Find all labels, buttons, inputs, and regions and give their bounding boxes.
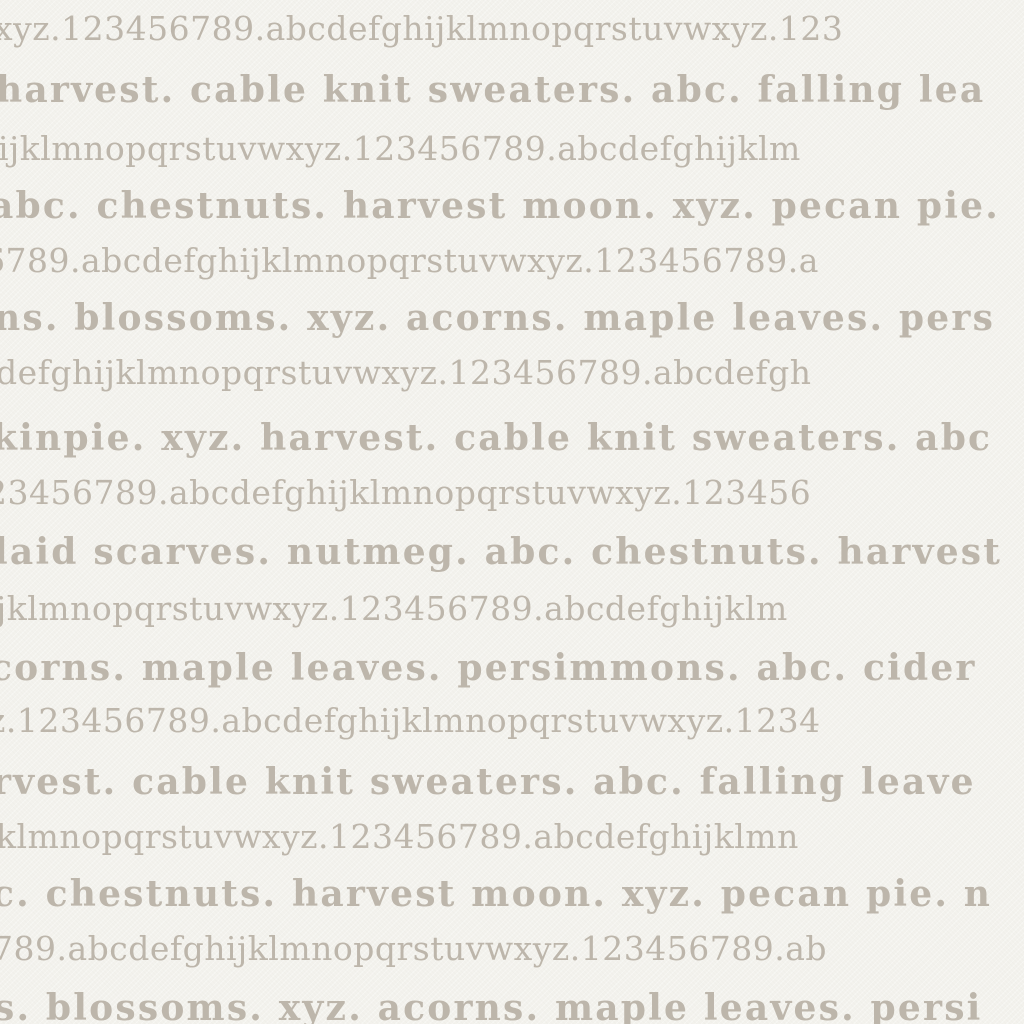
phrase-line: harvest. cable knit sweaters. abc. falli… [0, 72, 985, 108]
phrase-line: laid scarves. nutmeg. abc. chestnuts. ha… [0, 534, 1002, 570]
alphabet-line: 23456789.abcdefghijklmnopqrstuvwxyz.1234… [0, 476, 811, 509]
alphabet-line: 789.abcdefghijklmnopqrstuvwxyz.123456789… [0, 932, 827, 965]
fabric-print: xyz.123456789.abcdefghijklmnopqrstuvwxyz… [0, 0, 1024, 1024]
alphabet-line: defghijklmnopqrstuvwxyz.123456789.abcdef… [0, 356, 811, 389]
phrase-line: c. chestnuts. harvest moon. xyz. pecan p… [0, 876, 992, 912]
phrase-line: ns. blossoms. xyz. acorns. maple leaves.… [0, 300, 995, 336]
phrase-line: rvest. cable knit sweaters. abc. falling… [0, 764, 976, 800]
alphabet-line: 6789.abcdefghijklmnopqrstuvwxyz.12345678… [0, 244, 819, 277]
alphabet-line: jklmnopqrstuvwxyz.123456789.abcdefghijkl… [0, 592, 788, 625]
alphabet-line: ijklmnopqrstuvwxyz.123456789.abcdefghijk… [0, 132, 801, 165]
phrase-line: kinpie. xyz. harvest. cable knit sweater… [0, 420, 992, 456]
phrase-line: corns. maple leaves. persimmons. abc. ci… [0, 650, 977, 686]
alphabet-line: xyz.123456789.abcdefghijklmnopqrstuvwxyz… [0, 12, 843, 45]
phrase-line: s. blossoms. xyz. acorns. maple leaves. … [0, 990, 983, 1024]
alphabet-line: z.123456789.abcdefghijklmnopqrstuvwxyz.1… [0, 704, 821, 737]
phrase-line: abc. chestnuts. harvest moon. xyz. pecan… [0, 188, 1000, 224]
alphabet-line: klmnopqrstuvwxyz.123456789.abcdefghijklm… [0, 820, 799, 853]
